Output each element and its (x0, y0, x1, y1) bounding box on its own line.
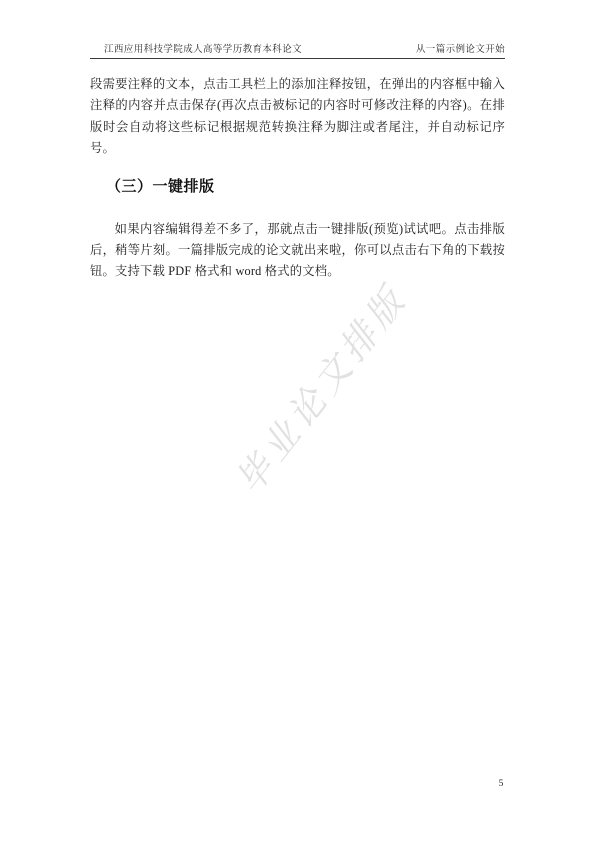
header-left-text: 江西应用科技学院成人高等学历教育本科论文 (90, 41, 302, 55)
paragraph-one-click-layout: 如果内容编辑得差不多了，那就点击一键排版(预览)试试吧。点击排版后，稍等片刻。一… (90, 219, 505, 283)
section-heading: （三）一键排版 (106, 175, 505, 196)
paragraph-annotation-continuation: 段需要注释的文本，点击工具栏上的添加注释按钮，在弹出的内容框中输入注释的内容并点… (90, 74, 505, 160)
page-number: 5 (494, 779, 508, 789)
document-body: 段需要注释的文本，点击工具栏上的添加注释按钮，在弹出的内容框中输入注释的内容并点… (90, 74, 505, 283)
header-right-text: 从一篇示例论文开始 (416, 41, 505, 55)
page-header: 江西应用科技学院成人高等学历教育本科论文 从一篇示例论文开始 (90, 41, 505, 59)
document-page: 江西应用科技学院成人高等学历教育本科论文 从一篇示例论文开始 毕业论文排版 段需… (0, 0, 595, 842)
watermark: 毕业论文排版 (222, 273, 417, 503)
